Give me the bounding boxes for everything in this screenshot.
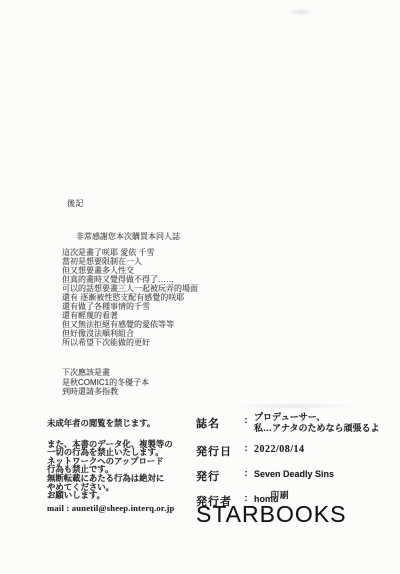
afterword-line: 所以希望下次能做的更好 <box>62 338 198 347</box>
printer-section: 印刷 STARBOOKS <box>196 489 346 528</box>
publisher-label: 発行 <box>196 468 238 484</box>
date-label: 発行日 <box>196 443 238 459</box>
disclaimer-line: お願いします。 <box>47 492 173 501</box>
printer-name: STARBOOKS <box>196 501 346 528</box>
afterword-line: 這次是畫了咲耶 愛依 千雪 <box>62 248 198 257</box>
afterword-heading: 後記 <box>67 198 84 209</box>
mail-address: mail : aunetil@sheep.interq.or.jp <box>47 503 175 513</box>
book-title-line2: 私…アナタのためなら頑張るよ <box>254 423 380 434</box>
printer-label: 印刷 <box>214 489 346 501</box>
book-title-line1: プロデューサー、 <box>254 412 380 423</box>
colophon-row-title: 誌名 : プロデューサー、 私…アナタのためなら頑張るよ <box>196 411 386 434</box>
next-book-line: 下次應該是畫 <box>62 368 149 378</box>
afterword-line: 還有做了各種事情的千雪 <box>62 302 198 311</box>
separator: : <box>238 443 254 453</box>
publish-date: 2022/08/14 <box>254 443 305 455</box>
afterword-line: 還有輕蔑的看著 <box>62 311 198 320</box>
separator: : <box>238 468 254 478</box>
colophon-row-date: 発行日 : 2022/08/14 <box>196 443 386 459</box>
circle-name: Seven Deadly Sins <box>254 468 334 480</box>
title-label: 誌名 <box>196 411 238 431</box>
scan-artifact <box>288 8 314 16</box>
next-book-line: 是秋COMIC1的冬優子本 <box>62 378 149 388</box>
disclaimer-line: 未成年者の閲覧を禁じます。 <box>47 420 173 429</box>
thanks-line: 非常感謝您本次購買本同人誌 <box>76 231 180 242</box>
afterword-line: 但真的畫時又覺得做不得了…… <box>62 275 198 284</box>
next-book-line: 到時還請多指教 <box>62 387 149 397</box>
afterword-line: 可以的話想要畫三人一起被玩弄的場面 <box>62 284 198 293</box>
scanned-doujin-colophon-page: 後記 非常感謝您本次購買本同人誌 這次是畫了咲耶 愛依 千雪 當初是想要限制在一… <box>0 0 400 574</box>
separator: : <box>238 411 254 425</box>
book-title: プロデューサー、 私…アナタのためなら頑張るよ <box>254 411 380 434</box>
minors-disclaimer: 未成年者の閲覧を禁じます。 また、本書のデータ化、複製等の 一切の行為を禁止いた… <box>47 420 173 501</box>
afterword-line: 當初是想要限制在一人 <box>62 257 198 266</box>
afterword-paragraph: 這次是畫了咲耶 愛依 千雪 當初是想要限制在一人 但又想要畫多人性交 但真的畫時… <box>62 248 198 347</box>
afterword-line: 還有 逐漸被性慾支配有感覺的咲耶 <box>62 293 198 302</box>
scan-artifact <box>235 403 355 409</box>
colophon-row-publisher: 発行 : Seven Deadly Sins <box>196 468 386 484</box>
afterword-line: 但又無法拒絕有感覺的愛依等等 <box>62 320 198 329</box>
afterword-line: 但又想要畫多人性交 <box>62 266 198 275</box>
next-book-paragraph: 下次應該是畫 是秋COMIC1的冬優子本 到時還請多指教 <box>62 368 149 397</box>
afterword-line: 但好像沒法順利組合 <box>62 329 198 338</box>
